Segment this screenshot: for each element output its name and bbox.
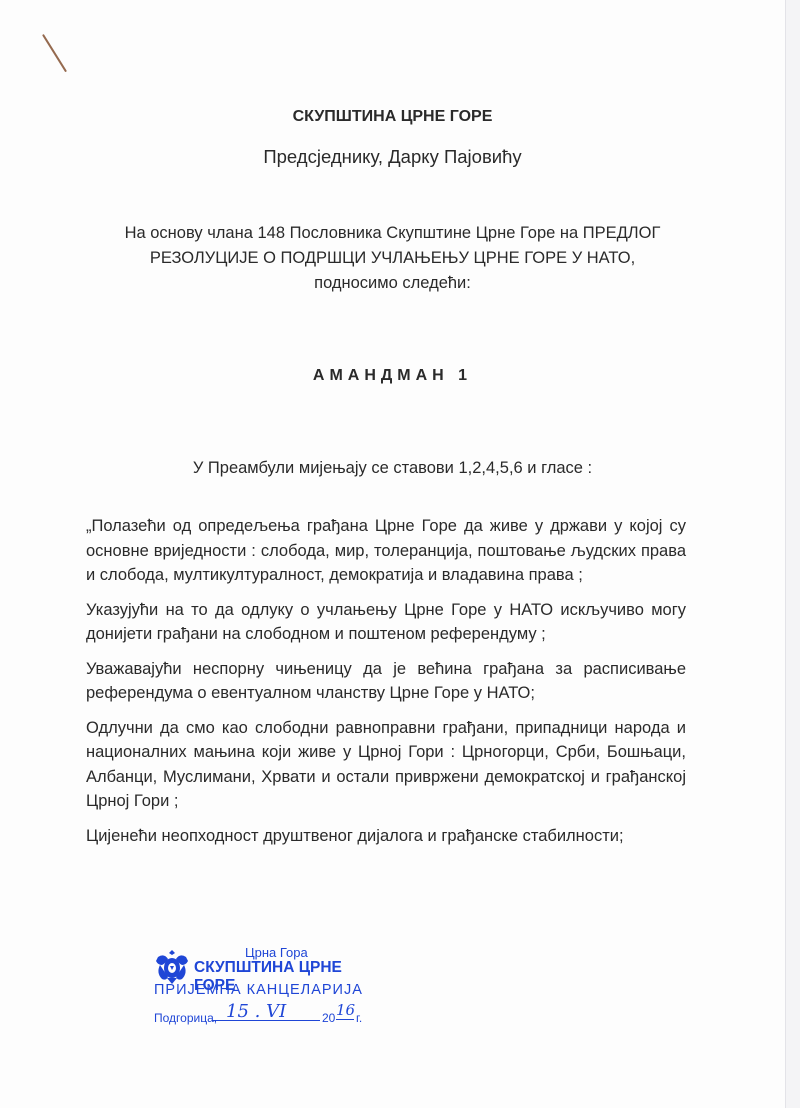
intro-line: РЕЗОЛУЦИЈЕ О ПОДРШЦИ УЧЛАЊЕЊУ ЦРНЕ ГОРЕ … [0, 246, 785, 271]
org-title: СКУПШТИНА ЦРНЕ ГОРЕ [0, 108, 785, 126]
stamp-year: 16 [336, 1003, 354, 1020]
stamp-place: Подгорица, [154, 1011, 217, 1025]
scan-page-edge [785, 0, 800, 1108]
paragraph: Уважавајући неспорну чињеницу да је већи… [86, 657, 686, 706]
addressee: Предсједнику, Дарку Пајовићу [0, 146, 785, 168]
paragraph: Одлучни да смо као слободни равноправни … [86, 716, 686, 814]
paragraph: „Полазећи од опредељења грађана Црне Гор… [86, 514, 686, 588]
stamp-year-suffix: г. [356, 1011, 362, 1025]
preamble-note: У Преамбули мијењају се ставови 1,2,4,5,… [0, 459, 785, 478]
stamp-country: Црна Гора [245, 945, 308, 960]
paragraph: Указујући на то да одлуку о учлањењу Црн… [86, 598, 686, 647]
coat-of-arms-icon [152, 947, 192, 987]
intro-line: На основу члана 148 Пословника Скупштине… [0, 221, 785, 246]
intro-line: подносимо следећи: [0, 271, 785, 296]
amendment-body: „Полазећи од опредељења грађана Црне Гор… [86, 514, 686, 858]
pen-mark [42, 34, 67, 72]
reception-stamp: Црна Гора СКУПШТИНА ЦРНЕ ГОРЕ ПРИЈЕМНА К… [150, 945, 380, 1035]
intro-text: На основу члана 148 Пословника Скупштине… [0, 221, 785, 296]
stamp-office: ПРИЈЕМНА КАНЦЕЛАРИЈА [154, 982, 363, 998]
amendment-title: АМАНДМАН 1 [0, 367, 785, 385]
paragraph: Цијенећи неопходност друштвеног дијалога… [86, 824, 686, 849]
stamp-date: 15 . VI [212, 1005, 320, 1021]
stamp-year-prefix: 20 [322, 1011, 335, 1025]
